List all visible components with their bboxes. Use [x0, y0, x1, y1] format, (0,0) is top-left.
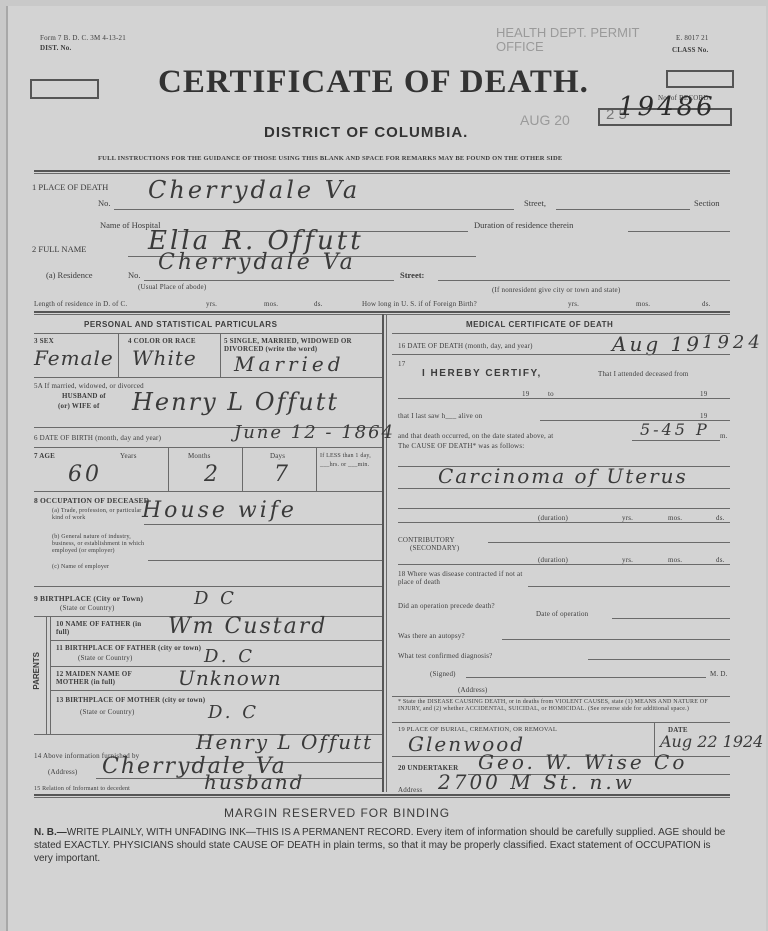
- dist-no-label: DIST. No.: [40, 44, 71, 52]
- father-birth-sub: (State or Country): [78, 654, 133, 662]
- duration-label: (duration): [538, 556, 568, 564]
- color-label: 4 COLOR OR RACE: [128, 337, 196, 345]
- dod-year: 1924: [702, 332, 764, 353]
- months-label: Months: [188, 452, 211, 460]
- father-name-label: 10 NAME OF FATHER (in full): [56, 620, 146, 636]
- burial-date-value: Aug 22 1924: [660, 732, 763, 751]
- spouse-label-1: 5A If married, widowed, or divorced: [34, 382, 144, 390]
- residence-hint: (Usual Place of abode): [138, 283, 206, 291]
- form-code: E. 8017 21: [676, 34, 709, 42]
- certify-heading: I HEREBY CERTIFY,: [422, 368, 542, 379]
- md-label: M. D.: [710, 670, 728, 678]
- mother-birth-label: 13 BIRTHPLACE OF MOTHER (city or town): [56, 696, 205, 704]
- last-saw-label: that I last saw h___ alive on: [398, 412, 482, 420]
- certificate-title: CERTIFICATE OF DEATH.: [158, 64, 589, 101]
- to-label: to: [548, 390, 554, 398]
- dob-label: 6 DATE OF BIRTH (month, day and year): [34, 434, 161, 442]
- residence-label: (a) Residence: [46, 270, 93, 280]
- foreign-birth-label: How long in U. S. if of Foreign Birth?: [362, 300, 477, 308]
- nb-lead: N. B.—: [34, 827, 67, 838]
- birthplace-value: D C: [194, 588, 237, 609]
- ds-label: ds.: [716, 514, 725, 522]
- residence-no-label: No.: [128, 270, 141, 280]
- mother-birth-sub: (State or Country): [80, 708, 135, 716]
- residence-street-label: Street:: [400, 270, 424, 280]
- place-of-death-value: Cherrydale Va: [148, 176, 360, 204]
- section-label: Section: [694, 198, 720, 208]
- sex-label: 3 SEX: [34, 337, 54, 345]
- spouse-value: Henry L Offutt: [132, 388, 339, 416]
- spouse-label-3: (or) WIFE of: [58, 402, 100, 410]
- length-residence-label: Length of residence in D. of C.: [34, 300, 127, 308]
- yrs-label: yrs.: [206, 300, 217, 308]
- time-of-death-value: 5-45 P: [640, 420, 710, 439]
- mother-name-value: Unknown: [178, 666, 282, 690]
- age-months-value: 2: [204, 462, 221, 487]
- mos-label: mos.: [668, 556, 682, 564]
- nb-notice: N. B.—WRITE PLAINLY, WITH UNFADING INK—T…: [34, 826, 730, 865]
- year-19: 19: [522, 390, 529, 398]
- duration-label: (duration): [538, 514, 568, 522]
- age-years-value: 60: [68, 462, 102, 487]
- dist-no-box: [30, 79, 99, 99]
- medical-heading: MEDICAL CERTIFICATE OF DEATH: [466, 320, 613, 329]
- birthplace-sub: (State or Country): [60, 604, 115, 612]
- ds-label: ds.: [314, 300, 323, 308]
- death-certificate: Form 7 B. D. C. 3M 4-13-21 DIST. No. CER…: [6, 6, 766, 931]
- informant-address-label: (Address): [48, 768, 77, 776]
- year-19: 19: [700, 412, 707, 420]
- mos-label: mos.: [668, 514, 682, 522]
- father-name-value: Wm Custard: [168, 614, 327, 639]
- yrs-label: yrs.: [622, 556, 633, 564]
- occupation-c-label: (c) Name of employer: [52, 564, 109, 570]
- where-contracted-label: 18 Where was disease contracted if not a…: [398, 570, 528, 586]
- mos-label: mos.: [636, 300, 650, 308]
- nonresident-hint: (If nonresident give city or town and st…: [492, 286, 620, 294]
- dod-label: 16 DATE OF DEATH (month, day, and year): [398, 342, 533, 350]
- operation-label: Did an operation precede death?: [398, 602, 508, 610]
- occupation-a-label: (a) Trade, profession, or particular kin…: [52, 508, 142, 522]
- place-no-label: No.: [98, 198, 111, 208]
- spouse-label-2: HUSBAND of: [62, 392, 106, 400]
- years-label: Years: [120, 452, 137, 460]
- instructions-line: FULL INSTRUCTIONS FOR THE GUIDANCE OF TH…: [98, 155, 562, 162]
- autopsy-label: Was there an autopsy?: [398, 632, 465, 640]
- ds-label: ds.: [702, 300, 711, 308]
- test-label: What test confirmed diagnosis?: [398, 652, 492, 660]
- age-label: 7 AGE: [34, 452, 55, 460]
- occupation-a-value: House wife: [142, 498, 297, 523]
- certify-text: That I attended deceased from: [598, 370, 689, 378]
- ds-label: ds.: [716, 556, 725, 564]
- yrs-label: yrs.: [622, 514, 633, 522]
- cause-of-death-value: Carcinoma of Uterus: [438, 464, 688, 488]
- occupation-b-label: (b) General nature of industry, business…: [52, 534, 148, 555]
- dod-value: Aug 19: [612, 332, 702, 356]
- birthplace-label: 9 BIRTHPLACE (City or Town): [34, 594, 143, 603]
- street-label: Street,: [524, 198, 546, 208]
- parents-label: PARENTS: [32, 652, 41, 690]
- undertaker-address-value: 2700 M St. n.w: [438, 770, 635, 794]
- class-no-label: CLASS No.: [672, 46, 708, 54]
- father-birth-label: 11 BIRTHPLACE OF FATHER (city or town): [56, 644, 201, 652]
- department-stamp: HEALTH DEPT. PERMIT OFFICE: [496, 26, 646, 54]
- cause-footnote: * State the DISEASE CAUSING DEATH, or in…: [398, 699, 730, 713]
- year-19: 19: [700, 390, 707, 398]
- marital-value: Married: [234, 352, 345, 376]
- relation-label: 15 Relation of Informant to decedent: [34, 786, 130, 792]
- mos-label: mos.: [264, 300, 278, 308]
- operation-date-label: Date of operation: [536, 610, 588, 618]
- yrs-label: yrs.: [568, 300, 579, 308]
- item-17-number: 17: [398, 360, 405, 368]
- register-number: 19486: [618, 92, 716, 122]
- signed-label: (Signed): [430, 670, 456, 678]
- father-birth-value: D. C: [204, 646, 255, 667]
- district-subtitle: DISTRICT OF COLUMBIA.: [264, 124, 468, 141]
- cause-label: The CAUSE OF DEATH* was as follows:: [398, 442, 524, 450]
- less-than-day-note: If LESS than 1 day, ___hrs. or ___min.: [320, 452, 380, 470]
- class-no-box: [666, 70, 734, 88]
- color-value: White: [132, 346, 197, 370]
- nb-text: WRITE PLAINLY, WITH UNFADING INK—THIS IS…: [34, 827, 725, 864]
- mother-birth-value: D. C: [208, 702, 259, 723]
- margin-reserved-label: MARGIN RESERVED FOR BINDING: [224, 806, 450, 820]
- undertaker-address-label: Address: [398, 786, 422, 794]
- contributory-label: CONTRIBUTORY: [398, 536, 455, 544]
- occupation-label: 8 OCCUPATION OF DECEASED: [34, 496, 149, 505]
- received-date-stamp: AUG 20: [520, 112, 570, 128]
- dob-value: June 12 - 1864: [234, 422, 395, 443]
- informant-value: Henry L Offutt: [196, 730, 373, 754]
- personal-heading: PERSONAL AND STATISTICAL PARTICULARS: [84, 320, 277, 329]
- relation-value: husband: [204, 770, 304, 794]
- full-name-label: 2 FULL NAME: [32, 244, 86, 254]
- sex-value: Female: [34, 346, 114, 370]
- mother-name-label: 12 MAIDEN NAME OF MOTHER (in full): [56, 670, 166, 686]
- time-suffix: m.: [720, 432, 728, 440]
- duration-residence-label: Duration of residence therein: [474, 220, 573, 230]
- physician-address-label: (Address): [458, 686, 487, 694]
- residence-value: Cherrydale Va: [158, 250, 356, 275]
- days-label: Days: [270, 452, 285, 460]
- place-of-death-label: 1 PLACE OF DEATH: [32, 182, 108, 192]
- contributory-sub: (SECONDARY): [410, 544, 459, 552]
- marital-label: 5 SINGLE, MARRIED, WIDOWED OR DIVORCED (…: [224, 337, 374, 353]
- age-days-value: 7: [274, 462, 291, 487]
- death-occurred-label: and that death occurred, on the date sta…: [398, 432, 553, 440]
- form-number: Form 7 B. D. C. 3M 4-13-21: [40, 34, 126, 42]
